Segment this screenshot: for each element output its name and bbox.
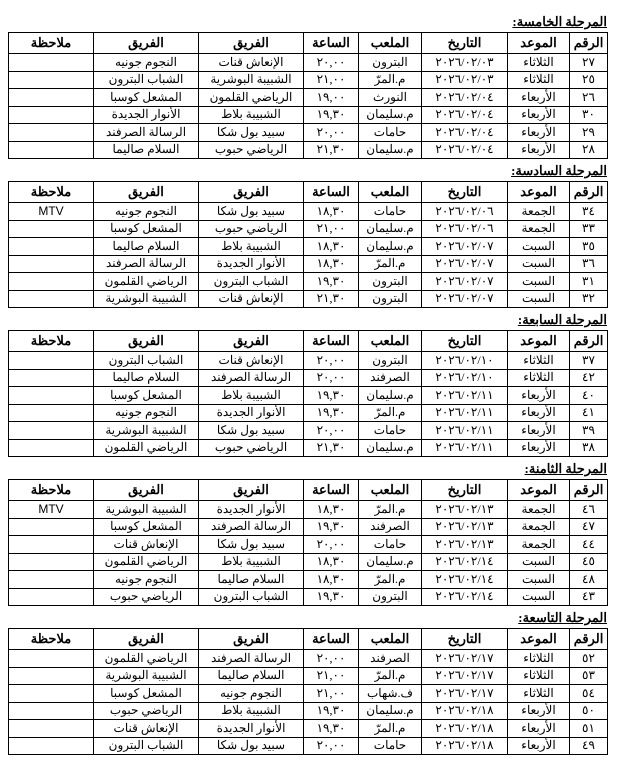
match-note bbox=[9, 71, 94, 89]
team-second: الرياضي القلمون bbox=[94, 273, 199, 291]
match-day: الأربعاء bbox=[508, 106, 570, 124]
match-date: ٢٠٢٦/٠٢/١١ bbox=[422, 439, 508, 457]
column-header-match-note: ملاحظة bbox=[9, 331, 94, 352]
match-time: ٢١,٠٠ bbox=[304, 220, 359, 238]
match-date: ٢٠٢٦/٠٢/١٤ bbox=[422, 553, 508, 571]
match-day: الثلاثاء bbox=[508, 54, 570, 72]
team-second: الأنوار الجديدة bbox=[94, 106, 199, 124]
column-header-match-number: الرقم bbox=[570, 33, 608, 54]
match-number: ٤٠ bbox=[570, 387, 608, 405]
team-second: الرياضي حبوب bbox=[94, 702, 199, 720]
table-row: ٢٧الثلاثاء٢٠٢٦/٠٢/٠٣البترون٢٠,٠٠الإنعاش … bbox=[9, 54, 608, 72]
match-number: ٥٢ bbox=[570, 650, 608, 668]
match-time: ٢٠,٠٠ bbox=[304, 124, 359, 142]
match-venue: م.المرّ bbox=[359, 571, 422, 589]
match-venue: م.المرّ bbox=[359, 255, 422, 273]
stage-title: المرحلة السادسة: bbox=[9, 162, 607, 180]
team-second: الشبيبة البوشرية bbox=[94, 667, 199, 685]
column-header-match-date: التاريخ bbox=[422, 182, 508, 203]
match-date: ٢٠٢٦/٠٢/١١ bbox=[422, 422, 508, 440]
match-time: ١٨,٣٠ bbox=[304, 255, 359, 273]
match-number: ٣٨ bbox=[570, 439, 608, 457]
match-number: ٣٠ bbox=[570, 106, 608, 124]
match-number: ٤٧ bbox=[570, 518, 608, 536]
match-time: ٢١,٠٠ bbox=[304, 685, 359, 703]
column-header-match-note: ملاحظة bbox=[9, 480, 94, 501]
match-time: ٢٠,٠٠ bbox=[304, 422, 359, 440]
match-time: ١٩,٣٠ bbox=[304, 702, 359, 720]
match-number: ٥٠ bbox=[570, 702, 608, 720]
match-number: ٤٨ bbox=[570, 571, 608, 589]
match-number: ٤٢ bbox=[570, 369, 608, 387]
team-first: سبيد بول شكا bbox=[199, 124, 304, 142]
match-time: ٢٠,٠٠ bbox=[304, 54, 359, 72]
column-header-match-date: التاريخ bbox=[422, 629, 508, 650]
match-date: ٢٠٢٦/٠٢/١١ bbox=[422, 404, 508, 422]
match-day: الثلاثاء bbox=[508, 650, 570, 668]
match-date: ٢٠٢٦/٠٢/١٧ bbox=[422, 650, 508, 668]
column-header-match-venue: الملعب bbox=[359, 480, 422, 501]
match-note bbox=[9, 89, 94, 107]
match-note bbox=[9, 588, 94, 606]
column-header-team-second: الفريق bbox=[94, 629, 199, 650]
match-date: ٢٠٢٦/٠٢/٠٤ bbox=[422, 106, 508, 124]
match-note bbox=[9, 238, 94, 256]
match-venue: م.سليمان bbox=[359, 141, 422, 159]
column-header-match-day: الموعد bbox=[508, 629, 570, 650]
match-day: الأربعاء bbox=[508, 702, 570, 720]
match-note: MTV bbox=[9, 501, 94, 519]
team-first: النجوم جونيه bbox=[199, 685, 304, 703]
team-first: الشبيبة بلاط bbox=[199, 238, 304, 256]
match-time: ٢١,٣٠ bbox=[304, 290, 359, 308]
match-venue: الصرفند bbox=[359, 369, 422, 387]
match-time: ١٩,٣٠ bbox=[304, 588, 359, 606]
match-note bbox=[9, 650, 94, 668]
match-date: ٢٠٢٦/٠٢/٠٧ bbox=[422, 255, 508, 273]
team-second: المشعل كوسبا bbox=[94, 387, 199, 405]
match-number: ٤٥ bbox=[570, 553, 608, 571]
match-day: الأربعاء bbox=[508, 141, 570, 159]
match-venue: م.سليمان bbox=[359, 220, 422, 238]
table-row: ٤٩الأربعاء٢٠٢٦/٠٢/١٨حامات٢٠,٠٠سبيد بول ش… bbox=[9, 737, 608, 755]
match-day: الثلاثاء bbox=[508, 369, 570, 387]
column-header-match-number: الرقم bbox=[570, 182, 608, 203]
stage-section: المرحلة الخامسة:الرقمالموعدالتاريخالملعب… bbox=[9, 13, 608, 159]
table-row: ٥٠الأربعاء٢٠٢٦/٠٢/١٨م.سليمان١٩,٣٠الشبيبة… bbox=[9, 702, 608, 720]
match-number: ٥١ bbox=[570, 720, 608, 738]
table-row: ٣٩الأربعاء٢٠٢٦/٠٢/١١حامات٢٠,٠٠سبيد بول ش… bbox=[9, 422, 608, 440]
match-number: ٥٣ bbox=[570, 667, 608, 685]
match-note bbox=[9, 685, 94, 703]
match-note bbox=[9, 404, 94, 422]
match-number: ٣٤ bbox=[570, 203, 608, 221]
team-second: الرياضي القلمون bbox=[94, 553, 199, 571]
match-venue: م.المرّ bbox=[359, 71, 422, 89]
column-header-match-note: ملاحظة bbox=[9, 182, 94, 203]
team-second: الرسالة الصرفند bbox=[94, 255, 199, 273]
table-row: ٤٤الجمعة٢٠٢٦/٠٢/١٣حامات٢٠,٠٠سبيد بول شكا… bbox=[9, 536, 608, 554]
match-time: ٢١,٣٠ bbox=[304, 439, 359, 457]
column-header-match-number: الرقم bbox=[570, 331, 608, 352]
team-second: الرياضي القلمون bbox=[94, 650, 199, 668]
team-second: الشباب البترون bbox=[94, 737, 199, 755]
match-number: ٣٣ bbox=[570, 220, 608, 238]
match-note bbox=[9, 124, 94, 142]
match-venue: حامات bbox=[359, 536, 422, 554]
team-first: السلام صاليما bbox=[199, 571, 304, 589]
table-row: ٥٣الثلاثاء٢٠٢٦/٠٢/١٧م.المرّ٢١,٠٠السلام ص… bbox=[9, 667, 608, 685]
column-header-team-second: الفريق bbox=[94, 480, 199, 501]
table-row: ٤٣السبت٢٠٢٦/٠٢/١٤البترون١٩,٣٠الشباب البت… bbox=[9, 588, 608, 606]
match-note bbox=[9, 667, 94, 685]
team-second: السلام صاليما bbox=[94, 369, 199, 387]
match-time: ١٩,٣٠ bbox=[304, 273, 359, 291]
match-venue: النورث bbox=[359, 89, 422, 107]
match-day: الجمعة bbox=[508, 203, 570, 221]
match-time: ١٨,٣٠ bbox=[304, 571, 359, 589]
match-day: الأربعاء bbox=[508, 89, 570, 107]
match-number: ٢٥ bbox=[570, 71, 608, 89]
match-date: ٢٠٢٦/٠٢/١٨ bbox=[422, 737, 508, 755]
table-row: ٤٢الثلاثاء٢٠٢٦/٠٢/١٠الصرفند٢٠,٠٠الرسالة … bbox=[9, 369, 608, 387]
match-number: ٣٦ bbox=[570, 255, 608, 273]
team-first: الرياضي القلمون bbox=[199, 89, 304, 107]
match-venue: حامات bbox=[359, 422, 422, 440]
match-date: ٢٠٢٦/٠٢/٠٤ bbox=[422, 89, 508, 107]
match-time: ٢١,٠٠ bbox=[304, 71, 359, 89]
team-second: الشباب البترون bbox=[94, 352, 199, 370]
match-note bbox=[9, 141, 94, 159]
match-day: الأربعاء bbox=[508, 387, 570, 405]
match-day: السبت bbox=[508, 273, 570, 291]
match-venue: م.سليمان bbox=[359, 238, 422, 256]
match-time: ٢٠,٠٠ bbox=[304, 369, 359, 387]
table-row: ٥٢الثلاثاء٢٠٢٦/٠٢/١٧الصرفند٢٠,٠٠الرسالة … bbox=[9, 650, 608, 668]
match-note bbox=[9, 720, 94, 738]
column-header-match-number: الرقم bbox=[570, 629, 608, 650]
table-row: ٣٢السبت٢٠٢٦/٠٢/٠٧البترون٢١,٣٠الإنعاش قنا… bbox=[9, 290, 608, 308]
match-note bbox=[9, 702, 94, 720]
column-header-match-time: الساعة bbox=[304, 629, 359, 650]
match-note bbox=[9, 387, 94, 405]
team-first: الرسالة الصرفند bbox=[199, 369, 304, 387]
match-day: الثلاثاء bbox=[508, 71, 570, 89]
match-day: السبت bbox=[508, 290, 570, 308]
match-note: MTV bbox=[9, 203, 94, 221]
match-time: ١٩,٣٠ bbox=[304, 518, 359, 536]
table-row: ٢٨الأربعاء٢٠٢٦/٠٢/٠٤م.سليمان٢١,٣٠الرياضي… bbox=[9, 141, 608, 159]
match-day: الثلاثاء bbox=[508, 667, 570, 685]
table-row: ٤٦الجمعة٢٠٢٦/٠٢/١٣م.المرّ١٨,٣٠الأنوار ال… bbox=[9, 501, 608, 519]
match-time: ١٩,٠٠ bbox=[304, 89, 359, 107]
match-venue: م.سليمان bbox=[359, 702, 422, 720]
column-header-match-number: الرقم bbox=[570, 480, 608, 501]
match-time: ١٨,٣٠ bbox=[304, 553, 359, 571]
team-first: الشباب البترون bbox=[199, 273, 304, 291]
stage-section: المرحلة التاسعة:الرقمالموعدالتاريخالملعب… bbox=[9, 609, 608, 755]
match-number: ٢٩ bbox=[570, 124, 608, 142]
team-first: الأنوار الجديدة bbox=[199, 404, 304, 422]
column-header-match-venue: الملعب bbox=[359, 182, 422, 203]
column-header-match-time: الساعة bbox=[304, 331, 359, 352]
match-date: ٢٠٢٦/٠٢/٠٦ bbox=[422, 220, 508, 238]
match-time: ١٩,٣٠ bbox=[304, 106, 359, 124]
match-note bbox=[9, 106, 94, 124]
match-venue: الصرفند bbox=[359, 650, 422, 668]
team-first: الرسالة الصرفند bbox=[199, 518, 304, 536]
match-date: ٢٠٢٦/٠٢/١٨ bbox=[422, 702, 508, 720]
match-time: ١٩,٣٠ bbox=[304, 387, 359, 405]
column-header-match-date: التاريخ bbox=[422, 480, 508, 501]
match-time: ١٨,٣٠ bbox=[304, 203, 359, 221]
team-second: الرسالة الصرفند bbox=[94, 124, 199, 142]
team-first: سبيد بول شكا bbox=[199, 203, 304, 221]
match-note bbox=[9, 737, 94, 755]
column-header-match-note: ملاحظة bbox=[9, 629, 94, 650]
team-first: الرياضي حبوب bbox=[199, 439, 304, 457]
match-time: ٢٠,٠٠ bbox=[304, 737, 359, 755]
match-date: ٢٠٢٦/٠٢/٠٣ bbox=[422, 54, 508, 72]
table-row: ٣٣الجمعة٢٠٢٦/٠٢/٠٦م.سليمان٢١,٠٠الرياضي ح… bbox=[9, 220, 608, 238]
column-header-team-second: الفريق bbox=[94, 182, 199, 203]
team-first: سبيد بول شكا bbox=[199, 737, 304, 755]
team-second: الشبيبة البوشرية bbox=[94, 422, 199, 440]
match-day: الأربعاء bbox=[508, 404, 570, 422]
team-first: الأنوار الجديدة bbox=[199, 255, 304, 273]
match-date: ٢٠٢٦/٠٢/١٣ bbox=[422, 501, 508, 519]
stage-title: المرحلة الخامسة: bbox=[9, 13, 607, 31]
team-second: النجوم جونيه bbox=[94, 203, 199, 221]
column-header-team-first: الفريق bbox=[199, 480, 304, 501]
stage-section: المرحلة السابعة:الرقمالموعدالتاريخالملعب… bbox=[9, 311, 608, 457]
match-date: ٢٠٢٦/٠٢/٠٧ bbox=[422, 238, 508, 256]
column-header-match-time: الساعة bbox=[304, 182, 359, 203]
stage-title: المرحلة السابعة: bbox=[9, 311, 607, 329]
schedule-table: الرقمالموعدالتاريخالملعبالساعةالفريقالفر… bbox=[8, 628, 608, 755]
match-date: ٢٠٢٦/٠٢/٠٦ bbox=[422, 203, 508, 221]
column-header-team-first: الفريق bbox=[199, 331, 304, 352]
table-row: ٣٠الأربعاء٢٠٢٦/٠٢/٠٤م.سليمان١٩,٣٠الشبيبة… bbox=[9, 106, 608, 124]
match-venue: م.المرّ bbox=[359, 720, 422, 738]
match-date: ٢٠٢٦/٠٢/١٣ bbox=[422, 536, 508, 554]
match-number: ٤١ bbox=[570, 404, 608, 422]
team-second: المشعل كوسبا bbox=[94, 685, 199, 703]
match-date: ٢٠٢٦/٠٢/١٤ bbox=[422, 571, 508, 589]
match-time: ١٩,٣٠ bbox=[304, 404, 359, 422]
match-number: ٤٤ bbox=[570, 536, 608, 554]
match-day: الأربعاء bbox=[508, 720, 570, 738]
match-day: السبت bbox=[508, 588, 570, 606]
table-row: ٤٥السبت٢٠٢٦/٠٢/١٤م.سليمان١٨,٣٠الشبيبة بل… bbox=[9, 553, 608, 571]
column-header-match-day: الموعد bbox=[508, 480, 570, 501]
team-first: الأنوار الجديدة bbox=[199, 501, 304, 519]
team-first: الشبيبة البوشرية bbox=[199, 71, 304, 89]
match-day: الجمعة bbox=[508, 220, 570, 238]
table-row: ٤٨السبت٢٠٢٦/٠٢/١٤م.المرّ١٨,٣٠السلام صالي… bbox=[9, 571, 608, 589]
column-header-match-day: الموعد bbox=[508, 331, 570, 352]
match-note bbox=[9, 553, 94, 571]
match-number: ٢٧ bbox=[570, 54, 608, 72]
team-second: النجوم جونيه bbox=[94, 404, 199, 422]
match-time: ١٨,٣٠ bbox=[304, 501, 359, 519]
match-venue: م.سليمان bbox=[359, 387, 422, 405]
match-number: ٢٦ bbox=[570, 89, 608, 107]
match-venue: حامات bbox=[359, 124, 422, 142]
table-row: ٤٧الجمعة٢٠٢٦/٠٢/١٣الصرفند١٩,٣٠الرسالة ال… bbox=[9, 518, 608, 536]
match-time: ٢٠,٠٠ bbox=[304, 650, 359, 668]
column-header-team-first: الفريق bbox=[199, 182, 304, 203]
match-day: الأربعاء bbox=[508, 737, 570, 755]
match-note bbox=[9, 273, 94, 291]
team-second: المشعل كوسبا bbox=[94, 220, 199, 238]
team-second: الإنعاش قنات bbox=[94, 536, 199, 554]
schedule-document: المرحلة الخامسة:الرقمالموعدالتاريخالملعب… bbox=[0, 0, 617, 755]
column-header-match-venue: الملعب bbox=[359, 629, 422, 650]
table-row: ٢٩الأربعاء٢٠٢٦/٠٢/٠٤حامات٢٠,٠٠سبيد بول ش… bbox=[9, 124, 608, 142]
team-first: الرياضي حبوب bbox=[199, 141, 304, 159]
match-note bbox=[9, 255, 94, 273]
match-date: ٢٠٢٦/٠٢/١٧ bbox=[422, 667, 508, 685]
team-second: السلام صاليما bbox=[94, 238, 199, 256]
column-header-match-note: ملاحظة bbox=[9, 33, 94, 54]
match-date: ٢٠٢٦/٠٢/١٨ bbox=[422, 720, 508, 738]
team-first: الأنوار الجديدة bbox=[199, 720, 304, 738]
stage-title: المرحلة التاسعة: bbox=[9, 609, 607, 627]
table-row: ٣٨الأربعاء٢٠٢٦/٠٢/١١م.سليمان٢١,٣٠الرياضي… bbox=[9, 439, 608, 457]
match-venue: م.سليمان bbox=[359, 106, 422, 124]
match-venue: ف.شهاب bbox=[359, 685, 422, 703]
team-first: سبيد بول شكا bbox=[199, 422, 304, 440]
match-date: ٢٠٢٦/٠٢/٠٧ bbox=[422, 290, 508, 308]
match-venue: م.سليمان bbox=[359, 553, 422, 571]
match-day: الأربعاء bbox=[508, 124, 570, 142]
team-first: الإنعاش قنات bbox=[199, 54, 304, 72]
table-row: ٣١السبت٢٠٢٦/٠٢/٠٧البترون١٩,٣٠الشباب البت… bbox=[9, 273, 608, 291]
team-second: النجوم جونيه bbox=[94, 54, 199, 72]
match-note bbox=[9, 369, 94, 387]
match-day: الأربعاء bbox=[508, 422, 570, 440]
table-row: ٣٤الجمعة٢٠٢٦/٠٢/٠٦حامات١٨,٣٠سبيد بول شكا… bbox=[9, 203, 608, 221]
team-first: الشباب البترون bbox=[199, 588, 304, 606]
team-first: الإنعاش قنات bbox=[199, 352, 304, 370]
table-row: ٣٥السبت٢٠٢٦/٠٢/٠٧م.سليمان١٨,٣٠الشبيبة بل… bbox=[9, 238, 608, 256]
team-first: السلام صاليما bbox=[199, 667, 304, 685]
match-venue: م.المرّ bbox=[359, 501, 422, 519]
match-number: ٣١ bbox=[570, 273, 608, 291]
header-row: الرقمالموعدالتاريخالملعبالساعةالفريقالفر… bbox=[9, 331, 608, 352]
schedule-table: الرقمالموعدالتاريخالملعبالساعةالفريقالفر… bbox=[8, 32, 608, 159]
table-row: ٣٦السبت٢٠٢٦/٠٢/٠٧م.المرّ١٨,٣٠الأنوار الج… bbox=[9, 255, 608, 273]
column-header-team-second: الفريق bbox=[94, 33, 199, 54]
team-first: الإنعاش قنات bbox=[199, 290, 304, 308]
match-number: ٣٩ bbox=[570, 422, 608, 440]
match-note bbox=[9, 536, 94, 554]
match-date: ٢٠٢٦/٠٢/٠٤ bbox=[422, 141, 508, 159]
match-venue: البترون bbox=[359, 290, 422, 308]
match-date: ٢٠٢٦/٠٢/١٤ bbox=[422, 588, 508, 606]
match-number: ٢٨ bbox=[570, 141, 608, 159]
match-note bbox=[9, 518, 94, 536]
table-row: ٤٠الأربعاء٢٠٢٦/٠٢/١١م.سليمان١٩,٣٠الشبيبة… bbox=[9, 387, 608, 405]
stage-section: المرحلة السادسة:الرقمالموعدالتاريخالملعب… bbox=[9, 162, 608, 308]
match-venue: البترون bbox=[359, 54, 422, 72]
column-header-team-first: الفريق bbox=[199, 33, 304, 54]
match-note bbox=[9, 54, 94, 72]
team-first: الشبيبة بلاط bbox=[199, 702, 304, 720]
match-day: السبت bbox=[508, 553, 570, 571]
team-second: الشبيبة البوشرية bbox=[94, 290, 199, 308]
match-number: ٥٤ bbox=[570, 685, 608, 703]
match-date: ٢٠٢٦/٠٢/٠٤ bbox=[422, 124, 508, 142]
match-time: ١٩,٣٠ bbox=[304, 720, 359, 738]
column-header-match-day: الموعد bbox=[508, 182, 570, 203]
team-first: الرياضي حبوب bbox=[199, 220, 304, 238]
match-venue: م.المرّ bbox=[359, 667, 422, 685]
match-time: ١٨,٣٠ bbox=[304, 238, 359, 256]
match-number: ٤٣ bbox=[570, 588, 608, 606]
match-time: ٢٠,٠٠ bbox=[304, 352, 359, 370]
match-date: ٢٠٢٦/٠٢/١٣ bbox=[422, 518, 508, 536]
match-number: ٤٦ bbox=[570, 501, 608, 519]
table-row: ٢٥الثلاثاء٢٠٢٦/٠٢/٠٣م.المرّ٢١,٠٠الشبيبة … bbox=[9, 71, 608, 89]
schedule-table: الرقمالموعدالتاريخالملعبالساعةالفريقالفر… bbox=[8, 330, 608, 457]
column-header-match-time: الساعة bbox=[304, 33, 359, 54]
table-row: ٥٤الثلاثاء٢٠٢٦/٠٢/١٧ف.شهاب٢١,٠٠النجوم جو… bbox=[9, 685, 608, 703]
match-venue: م.سليمان bbox=[359, 439, 422, 457]
stage-title: المرحلة الثامنة: bbox=[9, 460, 607, 478]
team-first: الشبيبة بلاط bbox=[199, 387, 304, 405]
team-second: المشعل كوسبا bbox=[94, 518, 199, 536]
header-row: الرقمالموعدالتاريخالملعبالساعةالفريقالفر… bbox=[9, 480, 608, 501]
table-row: ٣٧الثلاثاء٢٠٢٦/٠٢/١٠البترون٢٠,٠٠الإنعاش … bbox=[9, 352, 608, 370]
match-venue: م.المرّ bbox=[359, 404, 422, 422]
match-venue: البترون bbox=[359, 352, 422, 370]
match-day: السبت bbox=[508, 255, 570, 273]
team-second: الشباب البترون bbox=[94, 71, 199, 89]
match-note bbox=[9, 571, 94, 589]
match-venue: البترون bbox=[359, 588, 422, 606]
match-note bbox=[9, 352, 94, 370]
table-row: ٥١الأربعاء٢٠٢٦/٠٢/١٨م.المرّ١٩,٣٠الأنوار … bbox=[9, 720, 608, 738]
match-time: ٢١,٣٠ bbox=[304, 141, 359, 159]
team-second: الشبيبة البوشرية bbox=[94, 501, 199, 519]
match-venue: حامات bbox=[359, 203, 422, 221]
match-time: ٢١,٠٠ bbox=[304, 667, 359, 685]
header-row: الرقمالموعدالتاريخالملعبالساعةالفريقالفر… bbox=[9, 182, 608, 203]
match-venue: الصرفند bbox=[359, 518, 422, 536]
match-time: ٢٠,٠٠ bbox=[304, 536, 359, 554]
match-date: ٢٠٢٦/٠٢/١٠ bbox=[422, 369, 508, 387]
team-second: الرياضي حبوب bbox=[94, 588, 199, 606]
match-day: الجمعة bbox=[508, 501, 570, 519]
match-number: ٣٢ bbox=[570, 290, 608, 308]
match-day: السبت bbox=[508, 571, 570, 589]
match-number: ٣٧ bbox=[570, 352, 608, 370]
match-note bbox=[9, 290, 94, 308]
schedule-table: الرقمالموعدالتاريخالملعبالساعةالفريقالفر… bbox=[8, 181, 608, 308]
match-note bbox=[9, 422, 94, 440]
match-date: ٢٠٢٦/٠٢/٠٧ bbox=[422, 273, 508, 291]
match-day: الثلاثاء bbox=[508, 685, 570, 703]
match-note bbox=[9, 220, 94, 238]
team-second: الرياضي القلمون bbox=[94, 439, 199, 457]
match-day: الأربعاء bbox=[508, 439, 570, 457]
match-day: السبت bbox=[508, 238, 570, 256]
team-second: المشعل كوسبا bbox=[94, 89, 199, 107]
column-header-match-day: الموعد bbox=[508, 33, 570, 54]
match-number: ٤٩ bbox=[570, 737, 608, 755]
